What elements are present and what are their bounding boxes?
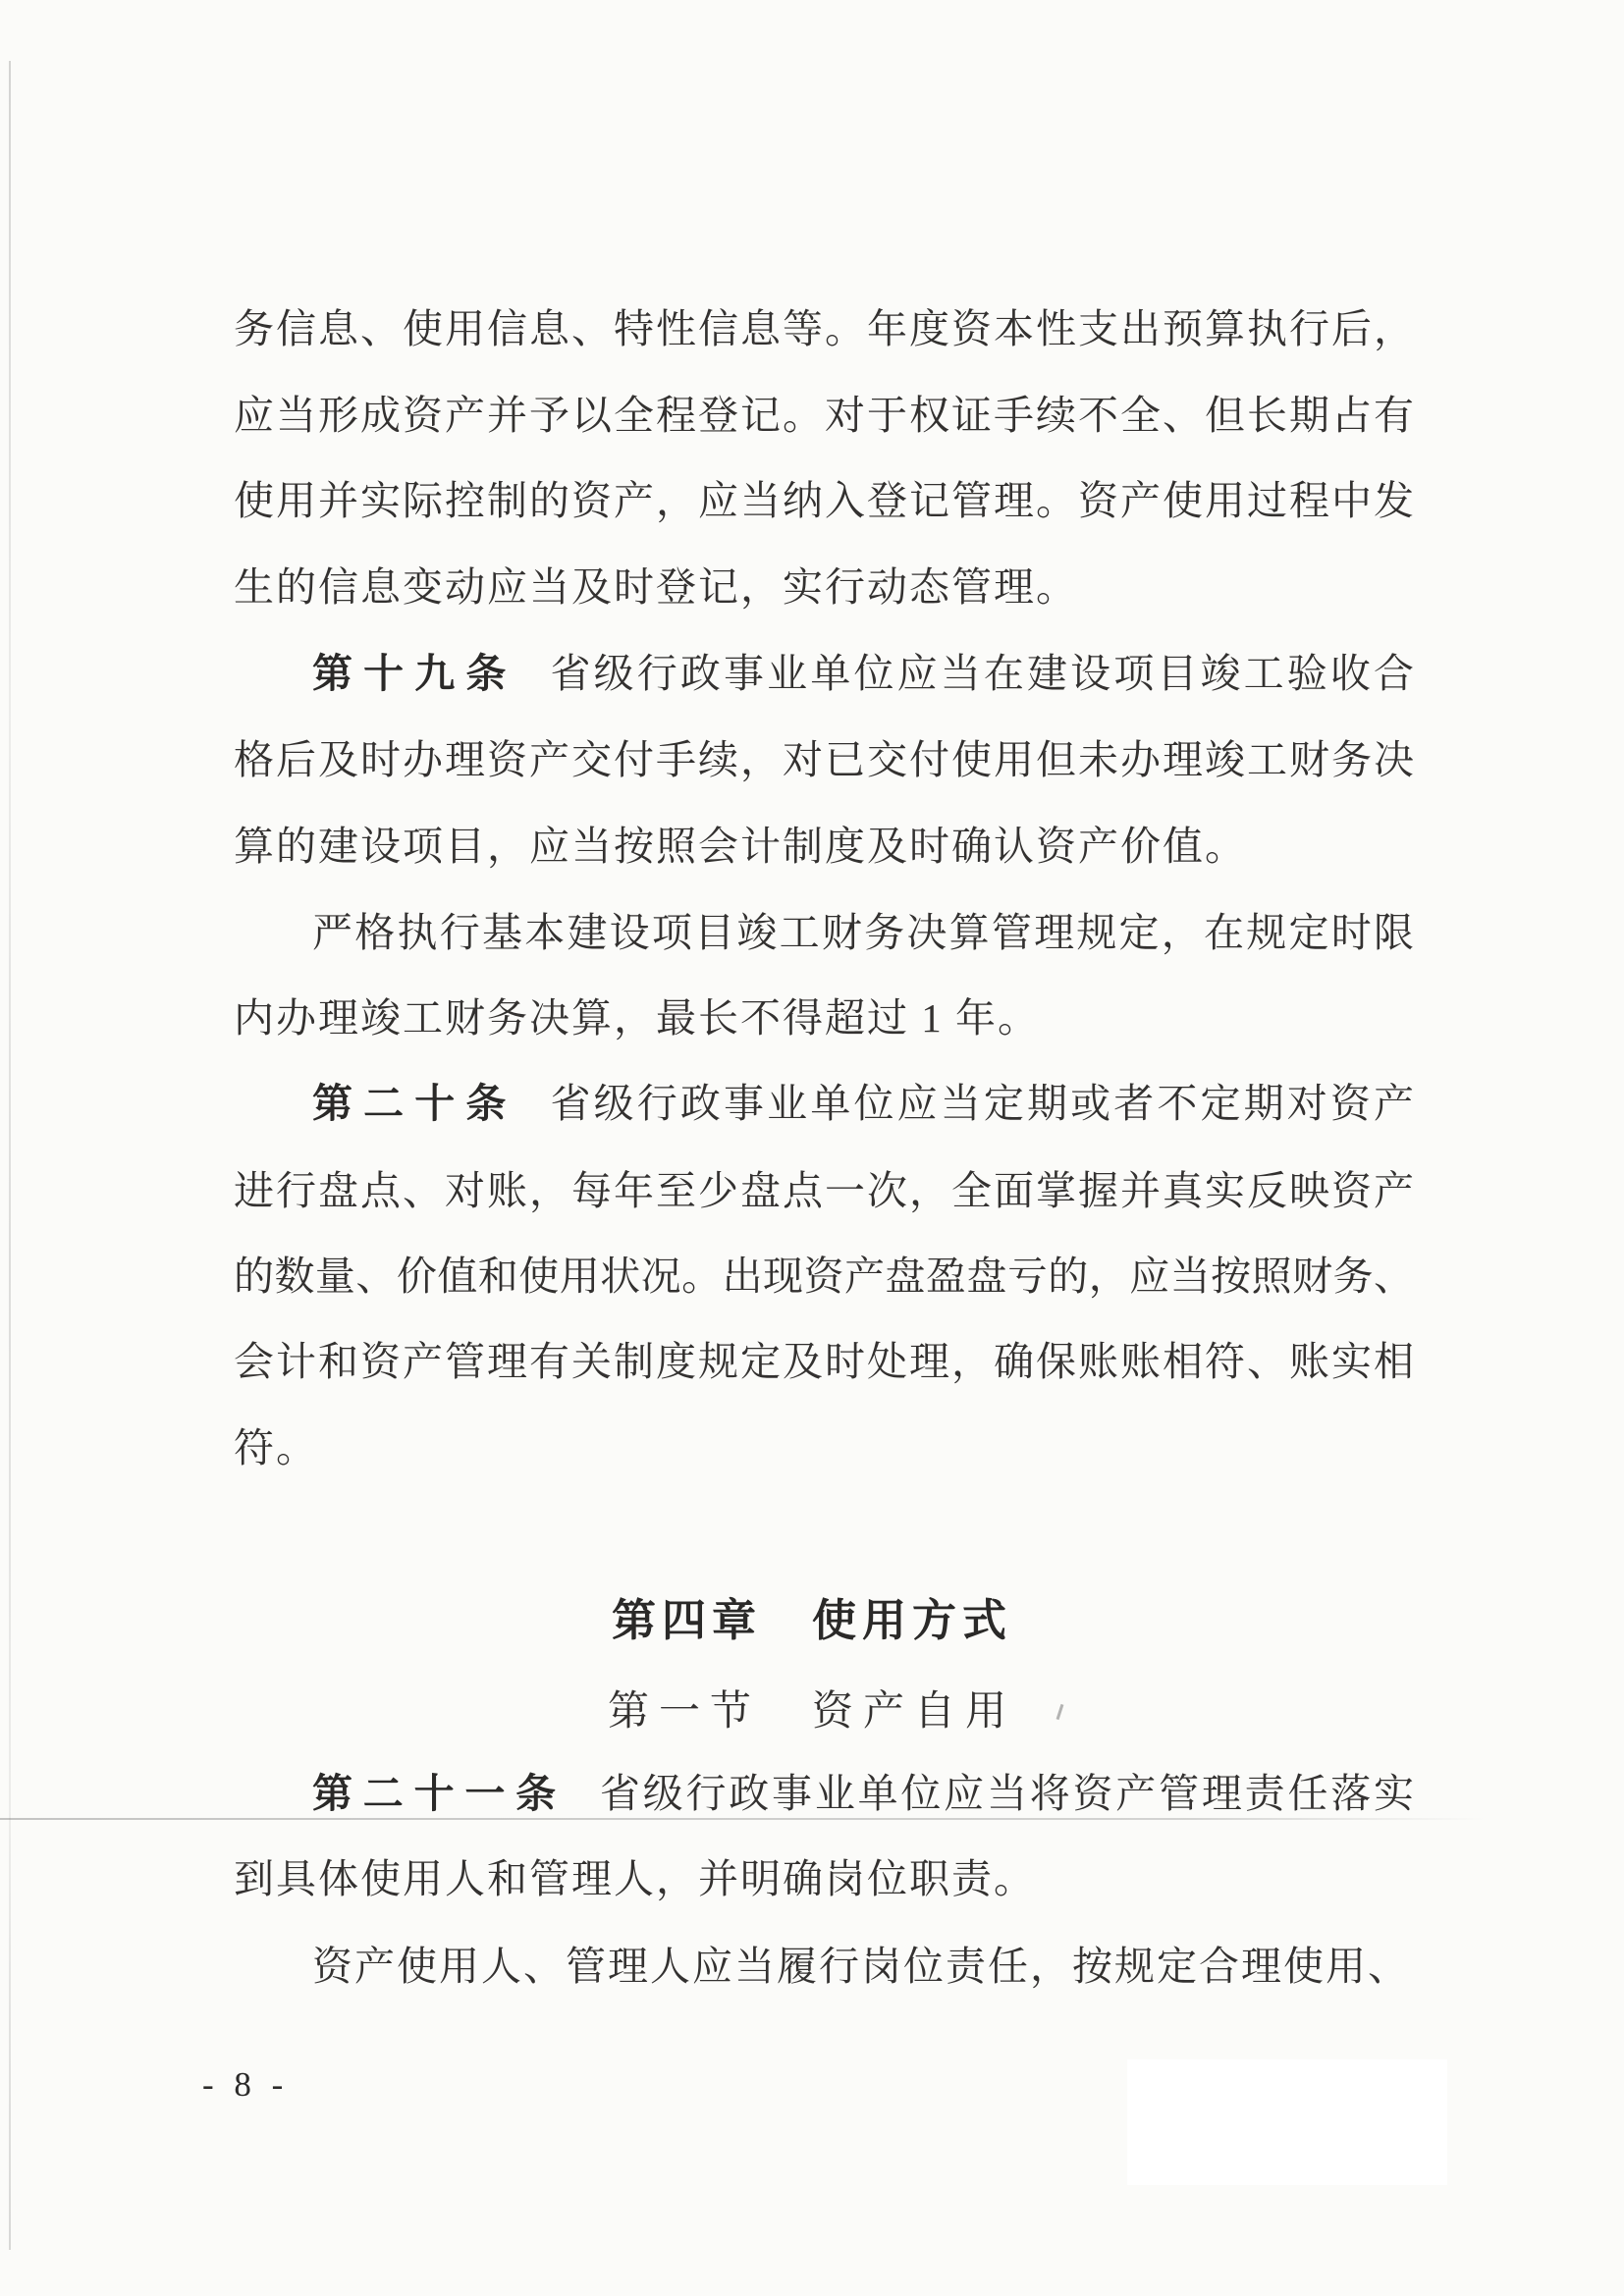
chapter-heading: 第四章 使用方式 [0,1592,1624,1649]
body-line-13: 会计和资产管理有关制度规定及时处理，确保账账相符、账实相 [234,1335,1414,1388]
line-text: 使用并实际控制的资产，应当纳入登记管理。资产使用过程中发 [234,478,1414,523]
body-line-11: 进行盘点、对账，每年至少盘点一次，全面掌握并真实反映资产 [234,1164,1414,1217]
line-text: 格后及时办理资产交付手续，对已交付使用但未办理竣工财务决 [234,737,1414,782]
line-text: 应当形成资产并予以全程登记。对于权证手续不全、但长期占有 [234,393,1414,438]
body-line-12: 的数量、价值和使用状况。出现资产盘盈盘亏的，应当按照财务、 [234,1250,1414,1303]
body-line-4: 生的信息变动应当及时登记，实行动态管理。 [234,561,1414,614]
body-line-9: 内办理竣工财务决算，最长不得超过 1 年。 [234,991,1414,1044]
line-text: 资产使用人、管理人应当履行岗位责任，按规定合理使用、 [312,1944,1410,1989]
line-text: 省级行政事业单位应当将资产管理责任落实 [600,1771,1414,1816]
body-line-2: 应当形成资产并予以全程登记。对于权证手续不全、但长期占有 [234,389,1414,442]
article-21-label: 第二十一条 [312,1771,567,1816]
line-text: 省级行政事业单位应当在建设项目竣工验收合 [551,651,1414,696]
article-20-label: 第二十条 [312,1081,517,1126]
body-line-8: 严格执行基本建设项目竣工财务决算管理规定，在规定时限 [234,906,1414,959]
line-text: 算的建设项目，应当按照会计制度及时确认资产价值。 [234,824,1247,869]
body-line-3: 使用并实际控制的资产，应当纳入登记管理。资产使用过程中发 [234,474,1414,527]
line-text: 会计和资产管理有关制度规定及时处理，确保账账相符、账实相 [234,1339,1414,1384]
line-text: 严格执行基本建设项目竣工财务决算管理规定，在规定时限 [312,910,1414,955]
line-text: 省级行政事业单位应当定期或者不定期对资产 [551,1081,1414,1126]
scan-artifact-white-patch [1127,2059,1447,2185]
body-line-16: 到具体使用人和管理人，并明确岗位职责。 [234,1852,1414,1905]
line-text: 务信息、使用信息、特性信息等。年度资本性支出预算执行后， [234,306,1414,351]
body-line-1: 务信息、使用信息、特性信息等。年度资本性支出预算执行后， [234,302,1414,355]
scan-artifact-vertical-line [9,61,11,2250]
body-line-7: 算的建设项目，应当按照会计制度及时确认资产价值。 [234,820,1414,873]
line-text: 进行盘点、对账，每年至少盘点一次，全面掌握并真实反映资产 [234,1168,1414,1213]
section-heading: 第一节 资产自用 [0,1684,1624,1739]
page-number: - 8 - [202,2063,399,2107]
body-line-14: 符。 [234,1421,1414,1474]
document-page: 务信息、使用信息、特性信息等。年度资本性支出预算执行后， 应当形成资产并予以全程… [0,0,1624,2296]
body-line-10: 第二十条省级行政事业单位应当定期或者不定期对资产 [234,1077,1414,1130]
body-line-6: 格后及时办理资产交付手续，对已交付使用但未办理竣工财务决 [234,733,1414,786]
body-line-5: 第十九条省级行政事业单位应当在建设项目竣工验收合 [234,647,1414,700]
line-text: 符。 [234,1425,318,1470]
line-text: 到具体使用人和管理人，并明确岗位职责。 [234,1856,1036,1901]
body-line-17: 资产使用人、管理人应当履行岗位责任，按规定合理使用、 [234,1940,1414,1993]
line-text: 的数量、价值和使用状况。出现资产盘盈盘亏的，应当按照财务、 [234,1254,1414,1299]
body-line-15: 第二十一条省级行政事业单位应当将资产管理责任落实 [234,1767,1414,1820]
line-text: 生的信息变动应当及时登记，实行动态管理。 [234,564,1078,610]
article-19-label: 第十九条 [312,651,517,696]
line-text: 内办理竣工财务决算，最长不得超过 1 年。 [234,995,1040,1041]
scan-artifact-horizontal-line [0,1818,1485,1820]
